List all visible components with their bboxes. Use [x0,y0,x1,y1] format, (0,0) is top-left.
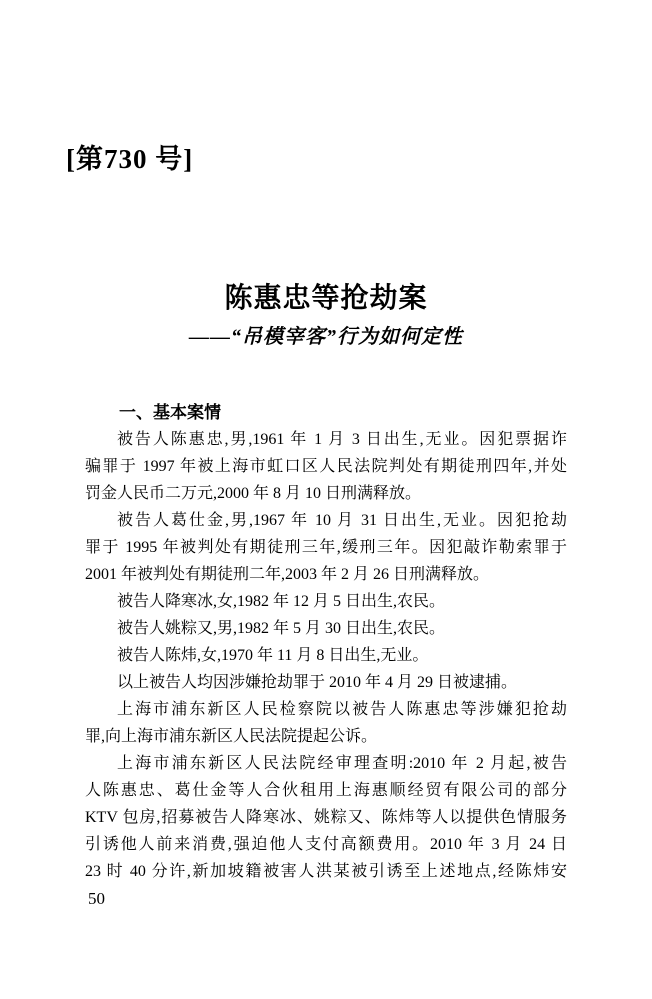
body-line: 罚金人民币二万元,2000 年 8 月 10 日刑满释放。 [85,480,567,507]
case-number-label: [第730 号] [66,137,193,176]
body-line: 23 时 40 分许,新加坡籍被害人洪某被引诱至上述地点,经陈炜安 [85,858,567,885]
body-line: 引诱他人前来消费,强迫他人支付高额费用。2010 年 3 月 24 日 [85,831,567,858]
body-text: 一、基本案情 被告人陈惠忠,男,1961 年 1 月 3 日出生,无业。因犯票据… [85,399,567,885]
body-line: KTV 包房,招募被告人降寒冰、姚粽又、陈炜等人以提供色情服务 [85,804,567,831]
body-line: 以上被告人均因涉嫌抢劫罪于 2010 年 4 月 29 日被逮捕。 [85,669,567,696]
body-line: 骗罪于 1997 年被上海市虹口区人民法院判处有期徒刑四年,并处 [85,453,567,480]
body-line: 人陈惠忠、葛仕金等人合伙租用上海惠顺经贸有限公司的部分 [85,777,567,804]
body-line: 被告人陈惠忠,男,1961 年 1 月 3 日出生,无业。因犯票据诈 [85,426,567,453]
body-line: 被告人姚粽又,男,1982 年 5 月 30 日出生,农民。 [85,615,567,642]
section-heading: 一、基本案情 [85,399,567,426]
book-page: [第730 号] 陈惠忠等抢劫案 ——“吊模宰客”行为如何定性 一、基本案情 被… [0,0,652,999]
body-line: 上海市浦东新区人民法院经审理查明:2010 年 2 月起,被告 [85,750,567,777]
page-number: 50 [88,885,105,912]
case-subtitle: ——“吊模宰客”行为如何定性 [85,320,567,349]
body-line: 2001 年被判处有期徒刑二年,2003 年 2 月 26 日刑满释放。 [85,561,567,588]
body-line: 被告人降寒冰,女,1982 年 12 月 5 日出生,农民。 [85,588,567,615]
body-paragraphs: 被告人陈惠忠,男,1961 年 1 月 3 日出生,无业。因犯票据诈骗罪于 19… [85,426,567,885]
body-line: 上海市浦东新区人民检察院以被告人陈惠忠等涉嫌犯抢劫 [85,696,567,723]
case-title: 陈惠忠等抢劫案 [85,276,567,316]
body-line: 罪于 1995 年被判处有期徒刑三年,缓刑三年。因犯敲诈勒索罪于 [85,534,567,561]
body-line: 被告人葛仕金,男,1967 年 10 月 31 日出生,无业。因犯抢劫 [85,507,567,534]
body-line: 被告人陈炜,女,1970 年 11 月 8 日出生,无业。 [85,642,567,669]
body-line: 罪,向上海市浦东新区人民法院提起公诉。 [85,723,567,750]
